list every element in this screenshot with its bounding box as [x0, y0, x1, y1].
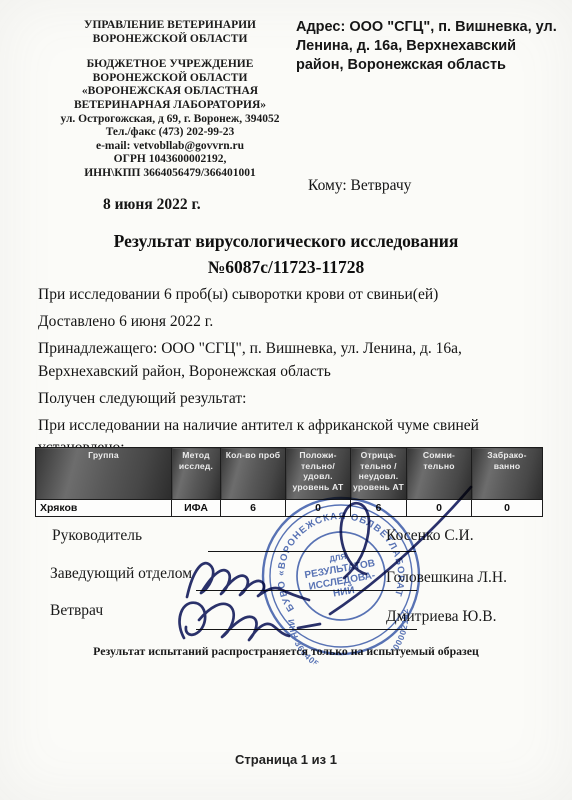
sender-letterhead: УПРАВЛЕНИЕ ВЕТЕРИНАРИИ ВОРОНЕЖСКОЙ ОБЛАС… [48, 19, 292, 181]
signature-line [208, 551, 416, 552]
col-header-positive: Положи- тельно/ удовл. уровень АТ [286, 448, 351, 500]
signature-name: Дмитриева Ю.В. [386, 608, 496, 626]
signature-stroke-vet [199, 604, 289, 640]
cell-negative: 6 [351, 500, 407, 517]
stamp-center-line: НИЙ [332, 583, 356, 600]
document-title-line1: Результат вирусологического исследования [0, 228, 572, 254]
sender-line: ВОРОНЕЖСКОЙ ОБЛАСТИ [48, 33, 292, 47]
col-header-sample-count: Кол-во проб [221, 448, 286, 500]
sender-email-line: e-mail: vetvobllab@govvrn.ru [48, 140, 292, 154]
col-header-doubtful: Сомни- тельно [407, 448, 472, 500]
cell-positive: 0 [286, 500, 351, 517]
document-date: 8 июня 2022 г. [103, 196, 201, 214]
stamp-center-line: РЕЗУЛЬТАТОВ [304, 558, 376, 581]
cell-sample-count: 6 [221, 500, 286, 517]
document-title: Результат вирусологического исследования… [0, 228, 572, 280]
signature-role: Руководитель [52, 527, 142, 545]
sender-address-line: ул. Острогожская, д 69, г. Воронеж, 3940… [48, 113, 292, 127]
col-header-group: Группа [36, 448, 172, 500]
sender-ogrn-line: ОГРН 1043600002192, [48, 153, 292, 167]
col-header-rejected: Забрако- ванно [472, 448, 543, 500]
signature-stroke-vet [298, 624, 320, 628]
sender-line: ВЕТЕРИНАРНАЯ ЛАБОРАТОРИЯ» [48, 99, 292, 113]
signature-role: Ветврач [50, 602, 103, 620]
recipient-to: Кому: Ветврачу [308, 177, 411, 195]
signature-line [196, 590, 417, 591]
body-paragraph: Доставлено 6 июня 2022 г. [38, 311, 542, 334]
document-number: №6087с/11723-11728 [0, 254, 572, 280]
cell-rejected: 0 [472, 500, 543, 517]
signature-name: Головешкина Л.Н. [386, 569, 507, 587]
signature-line [196, 629, 417, 630]
table-header-row: Группа Метод исслед. Кол-во проб Положи-… [36, 448, 543, 500]
col-header-method: Метод исслед. [172, 448, 221, 500]
sender-line: УПРАВЛЕНИЕ ВЕТЕРИНАРИИ [48, 19, 292, 33]
stamp-center-line: ДЛЯ [329, 552, 348, 564]
page-number: Страница 1 из 1 [0, 752, 572, 767]
stamp-inner-ring [290, 525, 392, 627]
recipient-address: Адрес: ООО "СГЦ", п. Вишневка, ул. Ленин… [296, 18, 562, 75]
spacer [48, 46, 292, 58]
sender-line: БЮДЖЕТНОЕ УЧРЕЖДЕНИЕ [48, 58, 292, 72]
results-table: Группа Метод исслед. Кол-во проб Положи-… [35, 447, 543, 517]
signature-name: Косенко С.И. [386, 527, 474, 545]
sender-line: «ВОРОНЕЖСКАЯ ОБЛАСТНАЯ [48, 85, 292, 99]
scanned-document: УПРАВЛЕНИЕ ВЕТЕРИНАРИИ ВОРОНЕЖСКОЙ ОБЛАС… [0, 0, 572, 800]
sender-phone-line: Тел./факс (473) 202-99-23 [48, 126, 292, 140]
sender-line: ВОРОНЕЖСКОЙ ОБЛАСТИ [48, 72, 292, 86]
body-paragraph: При исследовании 6 проб(ы) сыворотки кро… [38, 284, 542, 307]
signature-stroke-vet [180, 603, 206, 638]
table-row: Хряков ИФА 6 0 6 0 0 [36, 500, 543, 517]
col-header-negative: Отрица- тельно / неудовл. уровень АТ [351, 448, 407, 500]
cell-group: Хряков [36, 500, 172, 517]
body-paragraph: Получен следующий результат: [38, 388, 542, 411]
body-paragraph: Принадлежащего: ООО "СГЦ", п. Вишневка, … [38, 338, 542, 383]
sender-inn-line: ИНН\КПП 3664056479/366401001 [48, 167, 292, 181]
document-body: При исследовании 6 проб(ы) сыворотки кро… [38, 284, 542, 464]
cell-method: ИФА [172, 500, 221, 517]
signature-role: Заведующий отделом [50, 565, 192, 583]
signature-stroke-head [187, 563, 309, 600]
disclaimer-note: Результат испытаний распространяется тол… [0, 644, 572, 659]
cell-doubtful: 0 [407, 500, 472, 517]
